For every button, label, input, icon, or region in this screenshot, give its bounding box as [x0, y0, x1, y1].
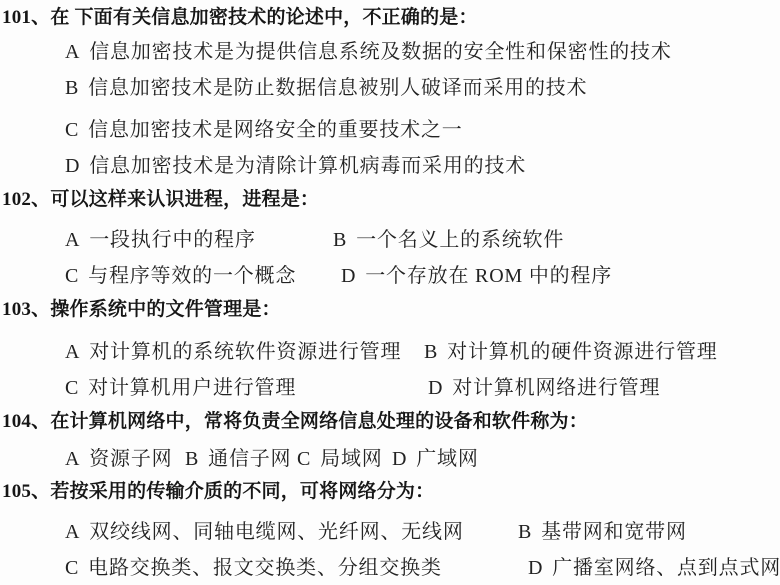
question-101-stem: 101、在 下面有关信息加密技术的论述中，不正确的是：	[2, 6, 478, 30]
option-letter: C	[65, 557, 79, 579]
option-text: 广播室网络、点到点式网络	[552, 557, 780, 579]
question-104-stem: 104、在计算机网络中，常将负责全网络信息处理的设备和软件称为：	[2, 410, 588, 434]
exam-page: 101、在 下面有关信息加密技术的论述中，不正确的是： A信息加密技术是为提供信…	[0, 0, 780, 585]
question-101-option-c: C信息加密技术是网络安全的重要技术之一	[65, 118, 463, 142]
option-letter: C	[65, 119, 79, 141]
option-text: 资源子网	[89, 448, 172, 470]
option-text: 对计算机的硬件资源进行管理	[447, 341, 717, 363]
question-105-option-a: A双绞线网、同轴电缆网、光纤网、无线网	[65, 520, 464, 544]
question-104-number: 104、	[2, 411, 50, 432]
question-101-number: 101、	[2, 7, 50, 28]
question-103-option-a: A对计算机的系统软件资源进行管理	[65, 340, 401, 364]
question-102-number: 102、	[2, 189, 50, 210]
option-text: 信息加密技术是网络安全的重要技术之一	[88, 119, 462, 141]
option-letter: A	[65, 41, 80, 63]
option-text: 信息加密技术是为清除计算机病毒而采用的技术	[89, 155, 526, 177]
question-102-option-a: A一段执行中的程序	[65, 228, 256, 252]
question-103-text: 操作系统中的文件管理是：	[50, 299, 280, 320]
question-105-text: 若按采用的传输介质的不同，可将网络分为：	[50, 481, 434, 502]
option-text: 双绞线网、同轴电缆网、光纤网、无线网	[89, 521, 463, 543]
option-letter: A	[65, 229, 80, 251]
option-text: 局域网	[320, 448, 382, 470]
option-text: 通信子网	[208, 448, 291, 470]
question-101-option-a: A信息加密技术是为提供信息系统及数据的安全性和保密性的技术	[65, 40, 672, 64]
option-text: 电路交换类、报文交换类、分组交换类	[88, 557, 442, 579]
option-letter: A	[65, 341, 80, 363]
option-letter: B	[424, 341, 438, 363]
option-text: 广域网	[416, 448, 478, 470]
option-text: 对计算机网络进行管理	[452, 377, 660, 399]
option-letter: A	[65, 448, 80, 470]
option-text: 信息加密技术是为提供信息系统及数据的安全性和保密性的技术	[89, 41, 671, 63]
option-text: 一段执行中的程序	[89, 229, 255, 251]
option-letter: B	[333, 229, 347, 251]
option-text: 与程序等效的一个概念	[88, 265, 296, 287]
option-letter: B	[185, 448, 199, 470]
option-letter: B	[518, 521, 532, 543]
option-letter: D	[528, 557, 543, 579]
question-104-option-b: B通信子网	[185, 447, 291, 471]
option-text: 对计算机的系统软件资源进行管理	[89, 341, 401, 363]
option-letter: D	[341, 265, 356, 287]
option-letter: C	[65, 265, 79, 287]
question-102-option-b: B一个名义上的系统软件	[333, 228, 564, 252]
question-105-option-c: C电路交换类、报文交换类、分组交换类	[65, 556, 442, 580]
option-letter: D	[428, 377, 443, 399]
question-103-option-d: D对计算机网络进行管理	[428, 376, 660, 400]
question-101-option-d: D信息加密技术是为清除计算机病毒而采用的技术	[65, 154, 526, 178]
question-102-option-d: D一个存放在 ROM 中的程序	[341, 264, 612, 288]
question-103-option-b: B对计算机的硬件资源进行管理	[424, 340, 718, 364]
option-letter: D	[65, 155, 80, 177]
option-text: 一个名义上的系统软件	[356, 229, 564, 251]
option-letter: B	[65, 77, 79, 99]
option-text: 基带网和宽带网	[541, 521, 687, 543]
question-105-option-b: B基带网和宽带网	[518, 520, 687, 544]
question-102-text: 可以这样来认识进程，进程是：	[50, 189, 319, 210]
question-101-option-b: B信息加密技术是防止数据信息被别人破译而采用的技术	[65, 76, 587, 100]
question-104-text: 在计算机网络中，常将负责全网络信息处理的设备和软件称为：	[50, 411, 588, 432]
option-letter: C	[65, 377, 79, 399]
question-105-number: 105、	[2, 481, 50, 502]
question-103-number: 103、	[2, 299, 50, 320]
option-letter: A	[65, 521, 80, 543]
option-letter: C	[297, 448, 311, 470]
option-letter: D	[392, 448, 407, 470]
question-104-option-c: C局域网	[297, 447, 383, 471]
question-104-option-d: D广域网	[392, 447, 479, 471]
option-text: 信息加密技术是防止数据信息被别人破译而采用的技术	[88, 77, 587, 99]
question-101-text: 在 下面有关信息加密技术的论述中，不正确的是：	[50, 7, 477, 28]
question-103-option-c: C对计算机用户进行管理	[65, 376, 296, 400]
option-text: 一个存放在 ROM 中的程序	[365, 265, 612, 287]
option-text: 对计算机用户进行管理	[88, 377, 296, 399]
question-102-option-c: C与程序等效的一个概念	[65, 264, 296, 288]
question-105-option-d: D广播室网络、点到点式网络	[528, 556, 780, 580]
question-103-stem: 103、操作系统中的文件管理是：	[2, 298, 281, 322]
question-105-stem: 105、若按采用的传输介质的不同，可将网络分为：	[2, 480, 434, 504]
question-104-option-a: A资源子网	[65, 447, 172, 471]
question-102-stem: 102、可以这样来认识进程，进程是：	[2, 188, 319, 212]
